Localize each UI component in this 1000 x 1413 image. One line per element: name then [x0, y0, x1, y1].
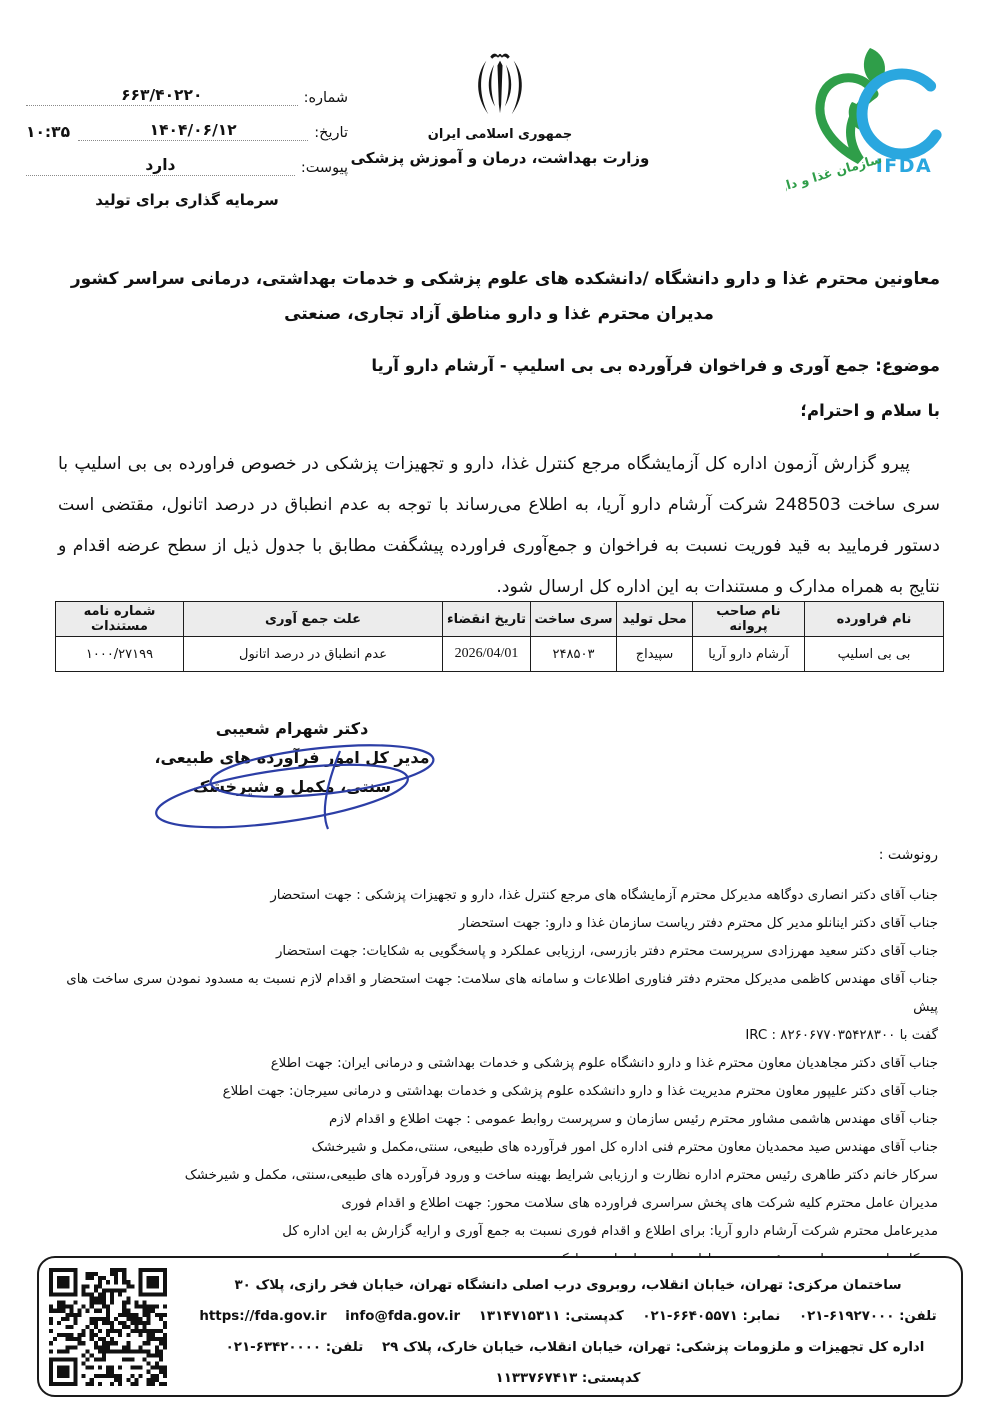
cc-label: رونوشت : — [879, 847, 938, 863]
letter-date-value: ۱۴۰۴/۰۶/۱۲ — [78, 121, 308, 141]
qr-code — [49, 1268, 167, 1386]
cell-expiry-date: 2026/04/01 — [443, 637, 531, 672]
table-row: بی بی اسلیپ آرشام دارو آریا سپیداج ۲۴۸۵۰… — [56, 637, 944, 672]
salutation: با سلام و احترام؛ — [800, 401, 940, 420]
cc-item: جناب آقای دکتر مجاهدیان معاون محترم غذا … — [48, 1050, 938, 1078]
body-paragraph: پیرو گزارش آزمون اداره کل آزمایشگاه مرجع… — [58, 444, 940, 608]
cell-doc-letter-number: ۱۰۰۰/۲۷۱۹۹ — [56, 637, 184, 672]
footer-box: ساختمان مرکزی: تهران، خیابان انقلاب، روب… — [37, 1256, 963, 1397]
cell-production-site: سپیداج — [617, 637, 693, 672]
investment-slogan: سرمایه گذاری برای تولید — [26, 191, 348, 209]
iran-emblem-icon — [468, 48, 532, 124]
irc-number: IRC : ۸۲۶۰۶۷۷۰۳۵۴۲۸۳۰۰ — [745, 1022, 895, 1050]
cc-item-continuation: گفت با IRC : ۸۲۶۰۶۷۷۰۳۵۴۲۸۳۰۰ — [48, 1022, 938, 1050]
footer-fax: نمابر: ۰۲۱-۶۶۴۰۵۵۷۱ — [642, 1309, 780, 1324]
footer-postal-code: کدپستی: ۱۳۱۴۷۱۵۳۱۱ — [479, 1309, 624, 1324]
cc-item: جناب آقای دکتر سعید مهرزادی سرپرست محترم… — [48, 938, 938, 966]
product-recall-table: نام فراورده نام صاحب پروانه محل تولید سر… — [55, 601, 944, 672]
cell-recall-reason: عدم انطباق در درصد اتانول — [184, 637, 443, 672]
letter-number-value: ۶۶۳/۴۰۲۲۰ — [26, 86, 298, 106]
footer-equipment-postal: کدپستی: ۱۱۳۳۷۶۷۴۱۳ — [496, 1371, 641, 1386]
subject-line: موضوع: جمع آوری و فراخوان فرآورده بی بی … — [371, 356, 940, 375]
signer-name: دکتر شهرام شعیبی — [140, 714, 444, 743]
gov-caption-republic: جمهوری اسلامی ایران — [340, 127, 660, 142]
cc-item: جناب آقای مهندس هاشمی مشاور محترم رئیس س… — [48, 1106, 938, 1134]
footer-text: ساختمان مرکزی: تهران، خیابان انقلاب، روب… — [189, 1270, 947, 1394]
col-production-site: محل تولید — [617, 602, 693, 637]
footer-phone: تلفن: ۰۲۱-۶۱۹۲۷۰۰۰ — [799, 1309, 937, 1324]
recipients-line-2: مدیران محترم غذا و دارو مناطق آزاد تجاری… — [58, 304, 940, 324]
attachment-value: دارد — [26, 156, 295, 176]
col-product-name: نام فراورده — [805, 602, 944, 637]
footer-equipment-phone: تلفن: ۰۲۱-۶۳۴۲۰۰۰۰ — [226, 1340, 364, 1355]
letter-number-row: شماره: ۶۶۳/۴۰۲۲۰ — [26, 86, 348, 106]
header-fields: شماره: ۶۶۳/۴۰۲۲۰ تاریخ: ۱۴۰۴/۰۶/۱۲ ۱۰:۳۵… — [26, 86, 348, 209]
signer-title-2: سنتی، مکمل و شیرخشک — [140, 772, 444, 801]
cc-item: جناب آقای مهندس کاظمی مدیرکل محترم دفتر … — [48, 966, 938, 1022]
col-doc-letter-number: شماره نامه مستندات — [56, 602, 184, 637]
cc-item: مدیرعامل محترم شرکت آرشام دارو آریا: برا… — [48, 1218, 938, 1246]
footer-equipment-address: اداره کل تجهیزات و ملزومات پزشکی: تهران،… — [382, 1340, 924, 1355]
col-license-holder: نام صاحب پروانه — [693, 602, 805, 637]
cc-item: جناب آقای دکتر انصاری دوگاهه مدیرکل محتر… — [48, 882, 938, 910]
cell-product-name: بی بی اسلیپ — [805, 637, 944, 672]
col-recall-reason: علت جمع آوری — [184, 602, 443, 637]
cc-list: جناب آقای دکتر انصاری دوگاهه مدیرکل محتر… — [48, 882, 938, 1274]
cc-item: سرکار خانم دکتر طاهری رئیس محترم اداره ن… — [48, 1162, 938, 1190]
government-header: جمهوری اسلامی ایران وزارت بهداشت، درمان … — [340, 48, 660, 167]
cc-item: جناب آقای دکتر علیپور معاون محترم مدیریت… — [48, 1078, 938, 1106]
gov-caption-ministry: وزارت بهداشت، درمان و آموزش پزشکی — [340, 149, 660, 167]
signature-block: دکتر شهرام شعیبی مدیر کل امور فرآورده ها… — [140, 714, 444, 801]
attachment-row: پیوست: دارد — [26, 156, 348, 176]
cell-license-holder: آرشام دارو آریا — [693, 637, 805, 672]
ifda-caption: سازمان غذا و دارو — [786, 151, 884, 197]
col-expiry-date: تاریخ انقضاء — [443, 602, 531, 637]
ifda-logo-icon: IFDA سازمان غذا و دارو — [786, 40, 966, 208]
recipients-line-1: معاونین محترم غذا و دارو دانشگاه /دانشکد… — [58, 269, 940, 289]
letter-date-row: تاریخ: ۱۴۰۴/۰۶/۱۲ ۱۰:۳۵ — [26, 121, 348, 141]
cc-item: جناب آقای مهندس صید محمدیان معاون محترم … — [48, 1134, 938, 1162]
footer-equipment-line: اداره کل تجهیزات و ملزومات پزشکی: تهران،… — [189, 1332, 947, 1394]
col-batch-number: سری ساخت — [531, 602, 617, 637]
table-header-row: نام فراورده نام صاحب پروانه محل تولید سر… — [56, 602, 944, 637]
letter-page: شماره: ۶۶۳/۴۰۲۲۰ تاریخ: ۱۴۰۴/۰۶/۱۲ ۱۰:۳۵… — [0, 0, 1000, 1413]
ifda-acronym: IFDA — [876, 155, 933, 177]
cc-item: مدیران عامل محترم کلیه شرکت های پخش سراس… — [48, 1190, 938, 1218]
footer-contact-line: تلفن: ۰۲۱-۶۱۹۲۷۰۰۰ نمابر: ۰۲۱-۶۶۴۰۵۵۷۱ ک… — [189, 1301, 947, 1332]
signer-title-1: مدیر کل امور فرآورده های طبیعی، — [140, 743, 444, 772]
footer-address-line: ساختمان مرکزی: تهران، خیابان انقلاب، روب… — [189, 1270, 947, 1301]
footer-website-link[interactable]: https://fda.gov.ir — [199, 1301, 326, 1332]
cell-batch-number: ۲۴۸۵۰۳ — [531, 637, 617, 672]
cc-item: جناب آقای دکتر اینانلو مدیر کل محترم دفت… — [48, 910, 938, 938]
letter-time-value: ۱۰:۳۵ — [26, 123, 78, 141]
footer-email-link[interactable]: info@fda.gov.ir — [345, 1301, 460, 1332]
